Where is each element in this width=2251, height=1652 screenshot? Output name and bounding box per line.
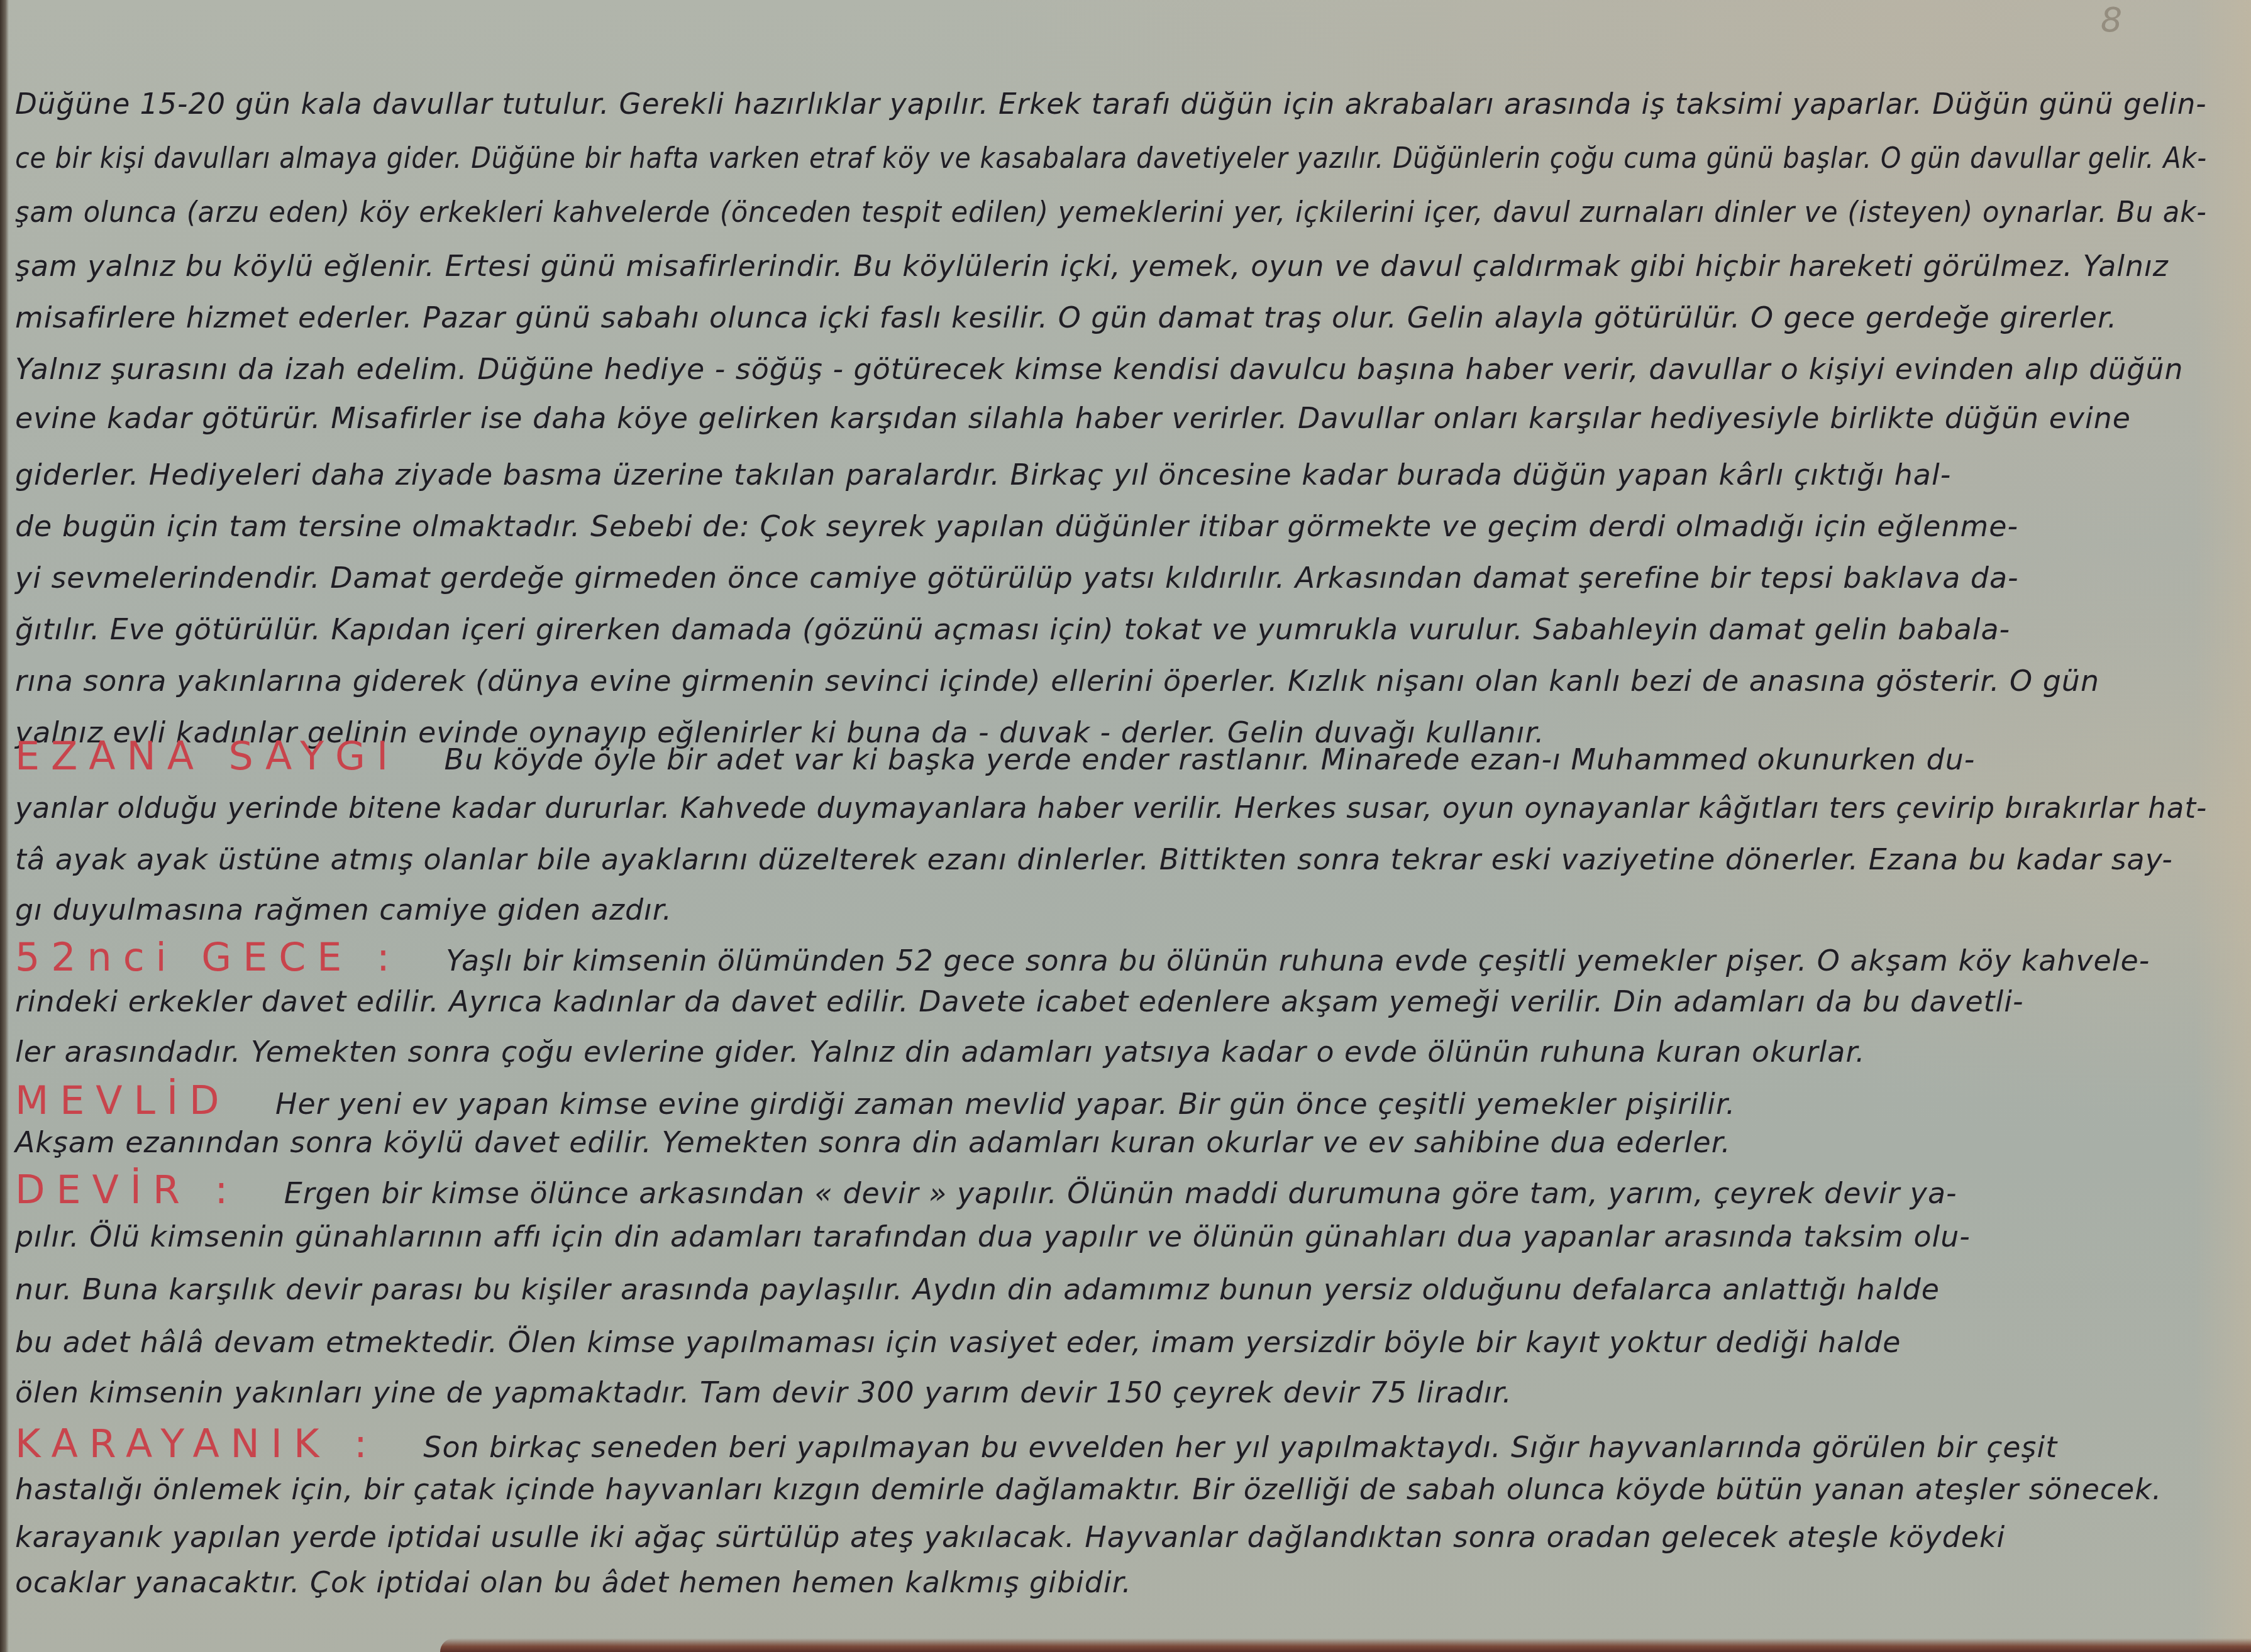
text-line: rindeki erkekler davet edilir. Ayrıca ka… <box>15 984 2207 1018</box>
section-heading: EZANA SAYGI <box>15 733 399 779</box>
section-mevlid: MEVLİD Her yeni ev yapan kimse evine gir… <box>15 1077 2207 1123</box>
text-line: tâ ayak ayak üstüne atmış olanlar bile a… <box>15 842 2207 876</box>
section-karayanik: KARAYANIK : Son birkaç seneden beri yapı… <box>15 1421 2207 1467</box>
section-devir: DEVİR : Ergen bir kimse ölünce arkasında… <box>15 1167 2207 1213</box>
text-line: bu adet hâlâ devam etmektedir. Ölen kims… <box>15 1325 2207 1359</box>
text-line: ler arasındadır. Yemekten sonra çoğu evl… <box>15 1035 2207 1069</box>
text-line: Yalnız şurasını da izah edelim. Düğüne h… <box>15 352 2207 386</box>
section-52nci-gece: 52nci GECE : Yaşlı bir kimsenin ölümünde… <box>15 934 2207 980</box>
text-line: misafirlere hizmet ederler. Pazar günü s… <box>15 300 2207 334</box>
text-line: Bu köyde öyle bir adet var ki başka yerd… <box>445 742 1976 776</box>
text-line: Ergen bir kimse ölünce arkasından « devi… <box>284 1176 1957 1210</box>
text-line: ocaklar yanacaktır. Çok iptidai olan bu … <box>15 1565 2207 1599</box>
page-bottom-edge <box>440 1638 2251 1652</box>
text-line: giderler. Hediyeleri daha ziyade basma ü… <box>15 458 2207 492</box>
text-line: hastalığı önlemek için, bir çatak içinde… <box>15 1472 2207 1506</box>
page-number: 8 <box>2101 0 2122 40</box>
text-line: Her yeni ev yapan kimse evine girdiği za… <box>275 1087 1735 1121</box>
text-line: şam olunca (arzu eden) köy erkekleri kah… <box>15 195 2082 229</box>
text-line: Yaşlı bir kimsenin ölümünden 52 gece son… <box>446 944 2150 977</box>
text-line: Son birkaç seneden beri yapılmayan bu ev… <box>423 1430 2057 1464</box>
section-heading: 52nci GECE : <box>15 934 401 980</box>
text-line: ölen kimsenin yakınları yine de yapmakta… <box>15 1375 2207 1409</box>
text-line: karayanık yapılan yerde iptidai usulle i… <box>15 1520 2207 1554</box>
text-line: pılır. Ölü kimsenin günahlarının affı iç… <box>15 1220 2207 1253</box>
text-line: ce bir kişi davulları almaya gider. Düğü… <box>15 141 1979 175</box>
section-heading: MEVLİD <box>15 1077 231 1123</box>
text-line: Düğüne 15-20 gün kala davullar tutulur. … <box>15 87 2176 121</box>
text-line: ğıtılır. Eve götürülür. Kapıdan içeri gi… <box>15 612 2207 646</box>
text-line: Akşam ezanından sonra köylü davet edilir… <box>15 1125 2207 1159</box>
text-line: şam yalnız bu köylü eğlenir. Ertesi günü… <box>15 249 2207 283</box>
section-ezana-saygi: EZANA SAYGI Bu köyde öyle bir adet var k… <box>15 733 2207 779</box>
section-heading: DEVİR : <box>15 1167 239 1213</box>
text-line: yi sevmelerindendir. Damat gerdeğe girme… <box>15 561 2207 595</box>
text-line: gı duyulmasına rağmen camiye giden azdır… <box>15 893 2207 927</box>
page-binding-edge <box>0 0 9 1652</box>
handwritten-notebook-page: 8 Düğüne 15-20 gün kala davullar tutulur… <box>0 0 2251 1652</box>
section-heading: KARAYANIK : <box>15 1421 379 1467</box>
text-line: nur. Buna karşılık devir parası bu kişil… <box>15 1272 2207 1306</box>
text-line: rına sonra yakınlarına giderek (dünya ev… <box>15 664 2207 698</box>
text-line: evine kadar götürür. Misafirler ise daha… <box>15 401 2207 435</box>
text-line: de bugün için tam tersine olmaktadır. Se… <box>15 509 2207 543</box>
text-line: yanlar olduğu yerinde bitene kadar durur… <box>15 791 2165 825</box>
